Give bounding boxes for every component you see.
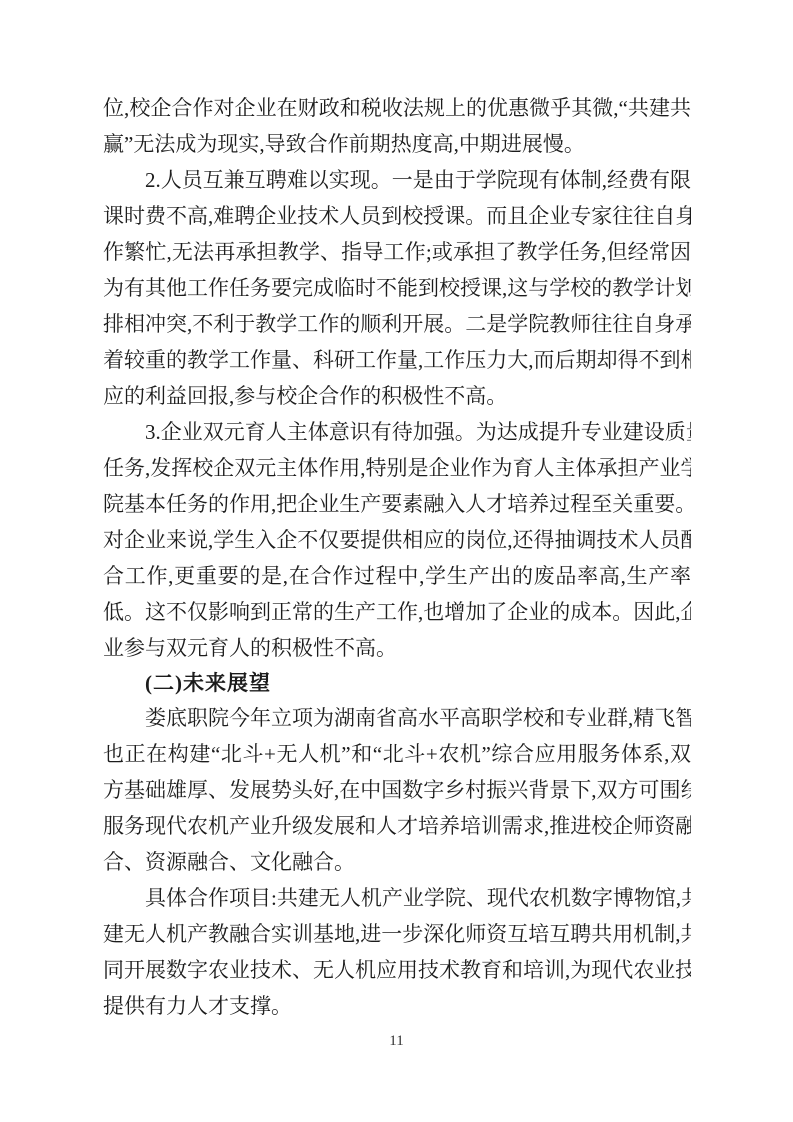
text-line: 方基础雄厚、发展势头好,在中国数字乡村振兴背景下,双方可围绕 (103, 772, 691, 808)
text-line: 任务,发挥校企双元主体作用,特别是企业作为育人主体承担产业学 (103, 450, 691, 486)
page-footer: 11 (0, 1032, 793, 1050)
paragraph: 位,校企合作对企业在财政和税收法规上的优惠微乎其微,“共建共赢”无法成为现实,导… (103, 90, 691, 162)
text-line: 为有其他工作任务要完成临时不能到校授课,这与学校的教学计划安 (103, 270, 691, 306)
paragraph: 具体合作项目:共建无人机产业学院、现代农机数字博物馆,共建无人机产教融合实训基地… (103, 880, 691, 1024)
text-line: 对企业来说,学生入企不仅要提供相应的岗位,还得抽调技术人员配 (103, 522, 691, 558)
text-line: 3.企业双元育人主体意识有待加强。为达成提升专业建设质量的 (103, 414, 691, 450)
text-line: 合、资源融合、文化融合。 (103, 844, 691, 880)
paragraph: 2.人员互兼互聘难以实现。一是由于学院现有体制,经费有限,课时费不高,难聘企业技… (103, 162, 691, 414)
paragraph: 娄底职院今年立项为湖南省高水平高职学校和专业群,精飞智能也正在构建“北斗+无人机… (103, 700, 691, 880)
text-line: 建无人机产教融合实训基地,进一步深化师资互培互聘共用机制,共 (103, 916, 691, 952)
text-line: 位,校企合作对企业在财政和税收法规上的优惠微乎其微,“共建共 (103, 90, 691, 126)
section-heading: (二)未来展望 (103, 666, 691, 700)
text-line: 业参与双元育人的积极性不高。 (103, 630, 691, 666)
text-line: 合工作,更重要的是,在合作过程中,学生产出的废品率高,生产率 (103, 558, 691, 594)
text-line: 作繁忙,无法再承担教学、指导工作;或承担了教学任务,但经常因 (103, 234, 691, 270)
text-line: 院基本任务的作用,把企业生产要素融入人才培养过程至关重要。而 (103, 486, 691, 522)
text-line: 娄底职院今年立项为湖南省高水平高职学校和专业群,精飞智能 (103, 700, 691, 736)
text-line: 课时费不高,难聘企业技术人员到校授课。而且企业专家往往自身工 (103, 198, 691, 234)
text-line: 也正在构建“北斗+无人机”和“北斗+农机”综合应用服务体系,双 (103, 736, 691, 772)
page-number: 11 (389, 1033, 403, 1049)
text-line: 低。这不仅影响到正常的生产工作,也增加了企业的成本。因此,企 (103, 594, 691, 630)
text-line: 同开展数字农业技术、无人机应用技术教育和培训,为现代农业技术 (103, 952, 691, 988)
document-body: 位,校企合作对企业在财政和税收法规上的优惠微乎其微,“共建共赢”无法成为现实,导… (103, 90, 691, 1024)
text-line: 赢”无法成为现实,导致合作前期热度高,中期进展慢。 (103, 126, 691, 162)
text-line: 具体合作项目:共建无人机产业学院、现代农机数字博物馆,共 (103, 880, 691, 916)
paragraph: 3.企业双元育人主体意识有待加强。为达成提升专业建设质量的任务,发挥校企双元主体… (103, 414, 691, 666)
text-line: 2.人员互兼互聘难以实现。一是由于学院现有体制,经费有限, (103, 162, 691, 198)
text-line: 提供有力人才支撑。 (103, 988, 691, 1024)
text-line: 应的利益回报,参与校企合作的积极性不高。 (103, 378, 691, 414)
text-line: 服务现代农机产业升级发展和人才培养培训需求,推进校企师资融 (103, 808, 691, 844)
text-line: 着较重的教学工作量、科研工作量,工作压力大,而后期却得不到相 (103, 342, 691, 378)
text-line: 排相冲突,不利于教学工作的顺利开展。二是学院教师往往自身承担 (103, 306, 691, 342)
document-page: 位,校企合作对企业在财政和税收法规上的优惠微乎其微,“共建共赢”无法成为现实,导… (0, 0, 793, 1122)
